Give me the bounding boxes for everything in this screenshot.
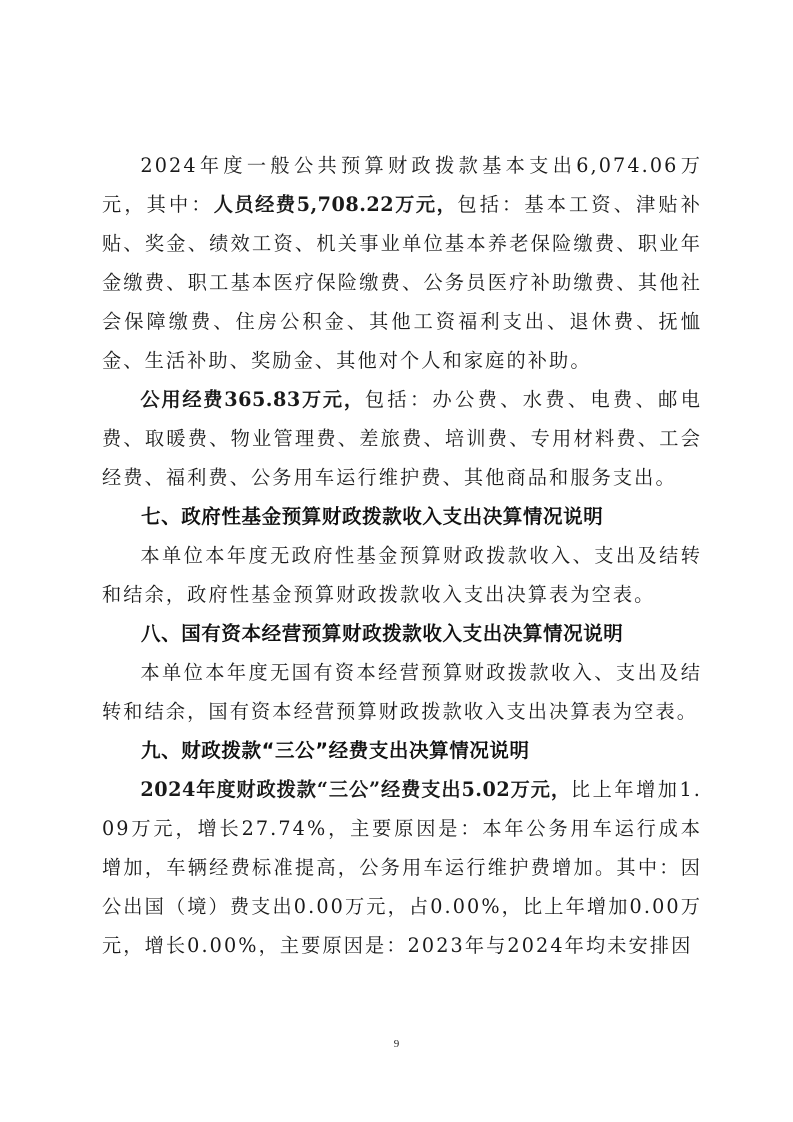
three-public-details: 比上年增加1.09万元，增长27.74%，主要原因是：本年公务用车运行成本增加，… [102,778,702,957]
personnel-expenditure-items: 包括：基本工资、津贴补贴、奖金、绩效工资、机关事业单位基本养老保险缴费、职业年金… [102,193,702,372]
section-9-body: 2024年度财政拨款“三公”经费支出5.02万元，比上年增加1.09万元，增长2… [102,770,702,965]
public-expenditure-paragraph: 公用经费365.83万元，包括：办公费、水费、电费、邮电费、取暖费、物业管理费、… [102,380,702,497]
section-9-heading: 九、财政拨款“三公”经费支出决算情况说明 [102,731,702,770]
section-7-heading: 七、政府性基金预算财政拨款收入支出决算情况说明 [102,497,702,536]
page-number: 9 [0,1038,793,1050]
section-7-body: 本单位本年度无政府性基金预算财政拨款收入、支出及结转和结余，政府性基金预算财政拨… [102,536,702,614]
document-page: 2024年度一般公共预算财政拨款基本支出6,074.06万元，其中：人员经费5,… [102,146,702,965]
three-public-total-highlight: 2024年度财政拨款“三公”经费支出5.02万元， [140,778,571,801]
personnel-expenditure-highlight: 人员经费5,708.22万元， [214,193,458,216]
section-8-body: 本单位本年度无国有资本经营预算财政拨款收入、支出及结转和结余，国有资本经营预算财… [102,653,702,731]
public-expenditure-highlight: 公用经费365.83万元， [140,388,364,411]
basic-expenditure-paragraph: 2024年度一般公共预算财政拨款基本支出6,074.06万元，其中：人员经费5,… [102,146,702,380]
section-8-heading: 八、国有资本经营预算财政拨款收入支出决算情况说明 [102,614,702,653]
